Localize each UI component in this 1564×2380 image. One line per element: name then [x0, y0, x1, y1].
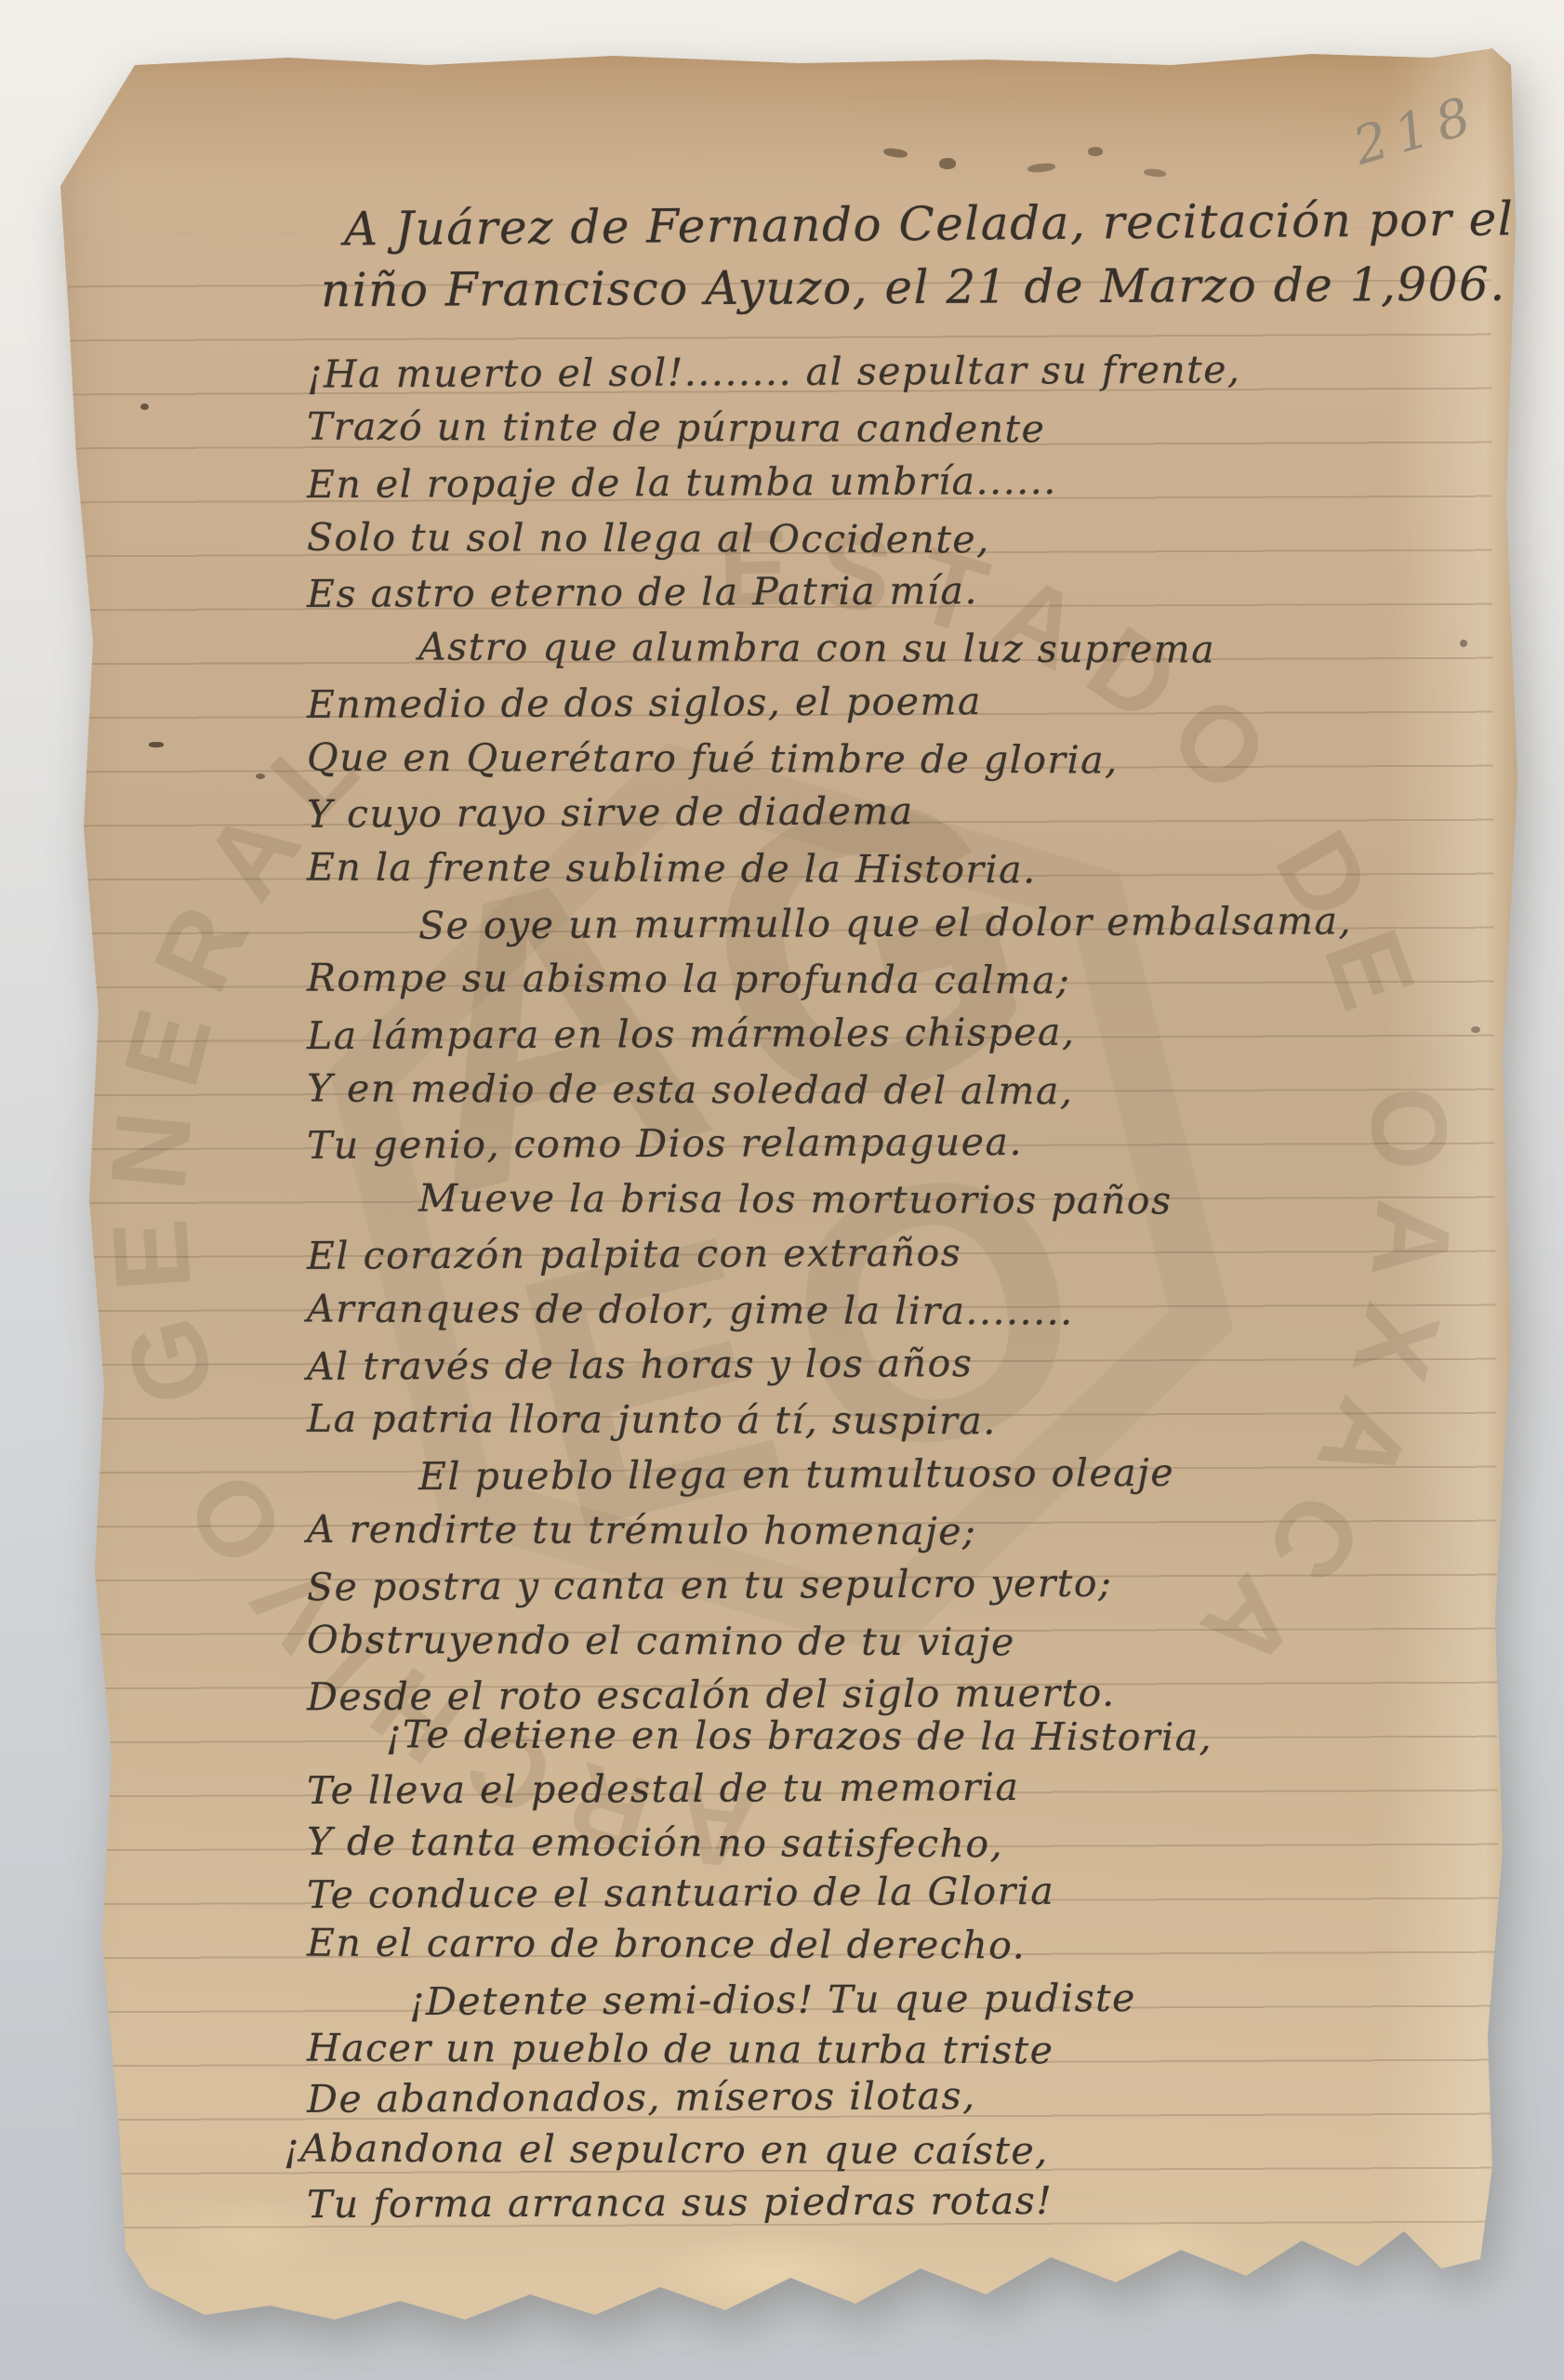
poem-line: A rendirte tu trémulo homenaje; [307, 1507, 977, 1555]
poem-line: El corazón palpita con extraños [307, 1230, 961, 1279]
poem-line: Tu forma arranca sus piedras rotas! [307, 2178, 1054, 2228]
poem-line: Se postra y canta en tu sepulcro yerto; [307, 1561, 1113, 1611]
poem-line: En la frente sublime de la Historia. [307, 845, 1037, 893]
paper-sheet-wrapper: A Juárez de Fernando Celada, recitación … [0, 0, 1564, 2380]
poem-line: Que en Querétaro fué timbre de gloria, [307, 734, 1119, 783]
poem-line: ¡Detente semi-dios! Tu que pudiste [409, 1976, 1136, 2025]
poem-line: ¡Te detiene en los brazos de la Historia… [386, 1712, 1213, 1760]
poem-line: En el ropaje de la tumba umbría...... [307, 458, 1057, 508]
poem-title-line1: A Juárez de Fernando Celada, recitación … [344, 192, 1515, 257]
poem-line: Se oye un murmullo que el dolor embalsam… [418, 898, 1352, 948]
handwriting-layer: A Juárez de Fernando Celada, recitación … [56, 37, 1532, 2326]
poem-line: Obstruyendo el camino de tu viaje [307, 1618, 1015, 1666]
poem-line: Trazó un tinte de púrpura candente [307, 404, 1045, 453]
poem-title-line2: niño Francisco Ayuzo, el 21 de Marzo de … [321, 258, 1506, 318]
poem-line: Arranques de dolor, gime la lira........ [307, 1287, 1074, 1335]
poem-line: Rompe su abismo la profunda calma; [307, 956, 1071, 1004]
poem-line: Al través de las horas y los años [307, 1341, 974, 1390]
poem-line: Enmedio de dos siglos, el poema [307, 679, 982, 728]
poem-line: Hacer un pueblo de una turba triste [307, 2026, 1054, 2074]
poem-line: Te conduce el santuario de la Gloria [307, 1869, 1055, 1918]
poem-line: Y cuyo rayo sirve de diadema [307, 788, 914, 838]
poem-line: Solo tu sol no llega al Occidente, [307, 515, 990, 563]
poem-line: Y de tanta emoción no satisfecho, [307, 1819, 1003, 1868]
poem-line: El pueblo llega en tumultuoso oleaje [418, 1450, 1174, 1500]
poem-line: Y en medio de esta soledad del alma, [307, 1066, 1074, 1115]
poem-line: Astro que alumbra con su luz suprema [418, 625, 1215, 673]
manuscript-paper: A Juárez de Fernando Celada, recitación … [56, 37, 1532, 2326]
poem-line: De abandonados, míseros ilotas, [307, 2073, 976, 2122]
poem-line: La lámpara en los mármoles chispea, [307, 1010, 1076, 1060]
poem-line: Mueve la brisa los mortuorios paños [418, 1176, 1173, 1224]
document-photo: { "page_number": "218", "title": { "line… [0, 0, 1564, 2380]
poem-line: La patria llora junto á tí, suspira. [307, 1396, 997, 1445]
poem-line: ¡Ha muerto el sol!........ al sepultar s… [307, 347, 1241, 397]
poem-line: Es astro eterno de la Patria mía. [307, 568, 978, 617]
poem-line: ¡Abandona el sepulcro en que caíste, [284, 2126, 1049, 2175]
poem-line: Tu genio, como Dios relampaguea. [307, 1119, 1023, 1169]
poem-line: En el carro de bronce del derecho. [307, 1921, 1026, 1969]
poem-line: Te lleva el pedestal de tu memoria [307, 1765, 1020, 1814]
